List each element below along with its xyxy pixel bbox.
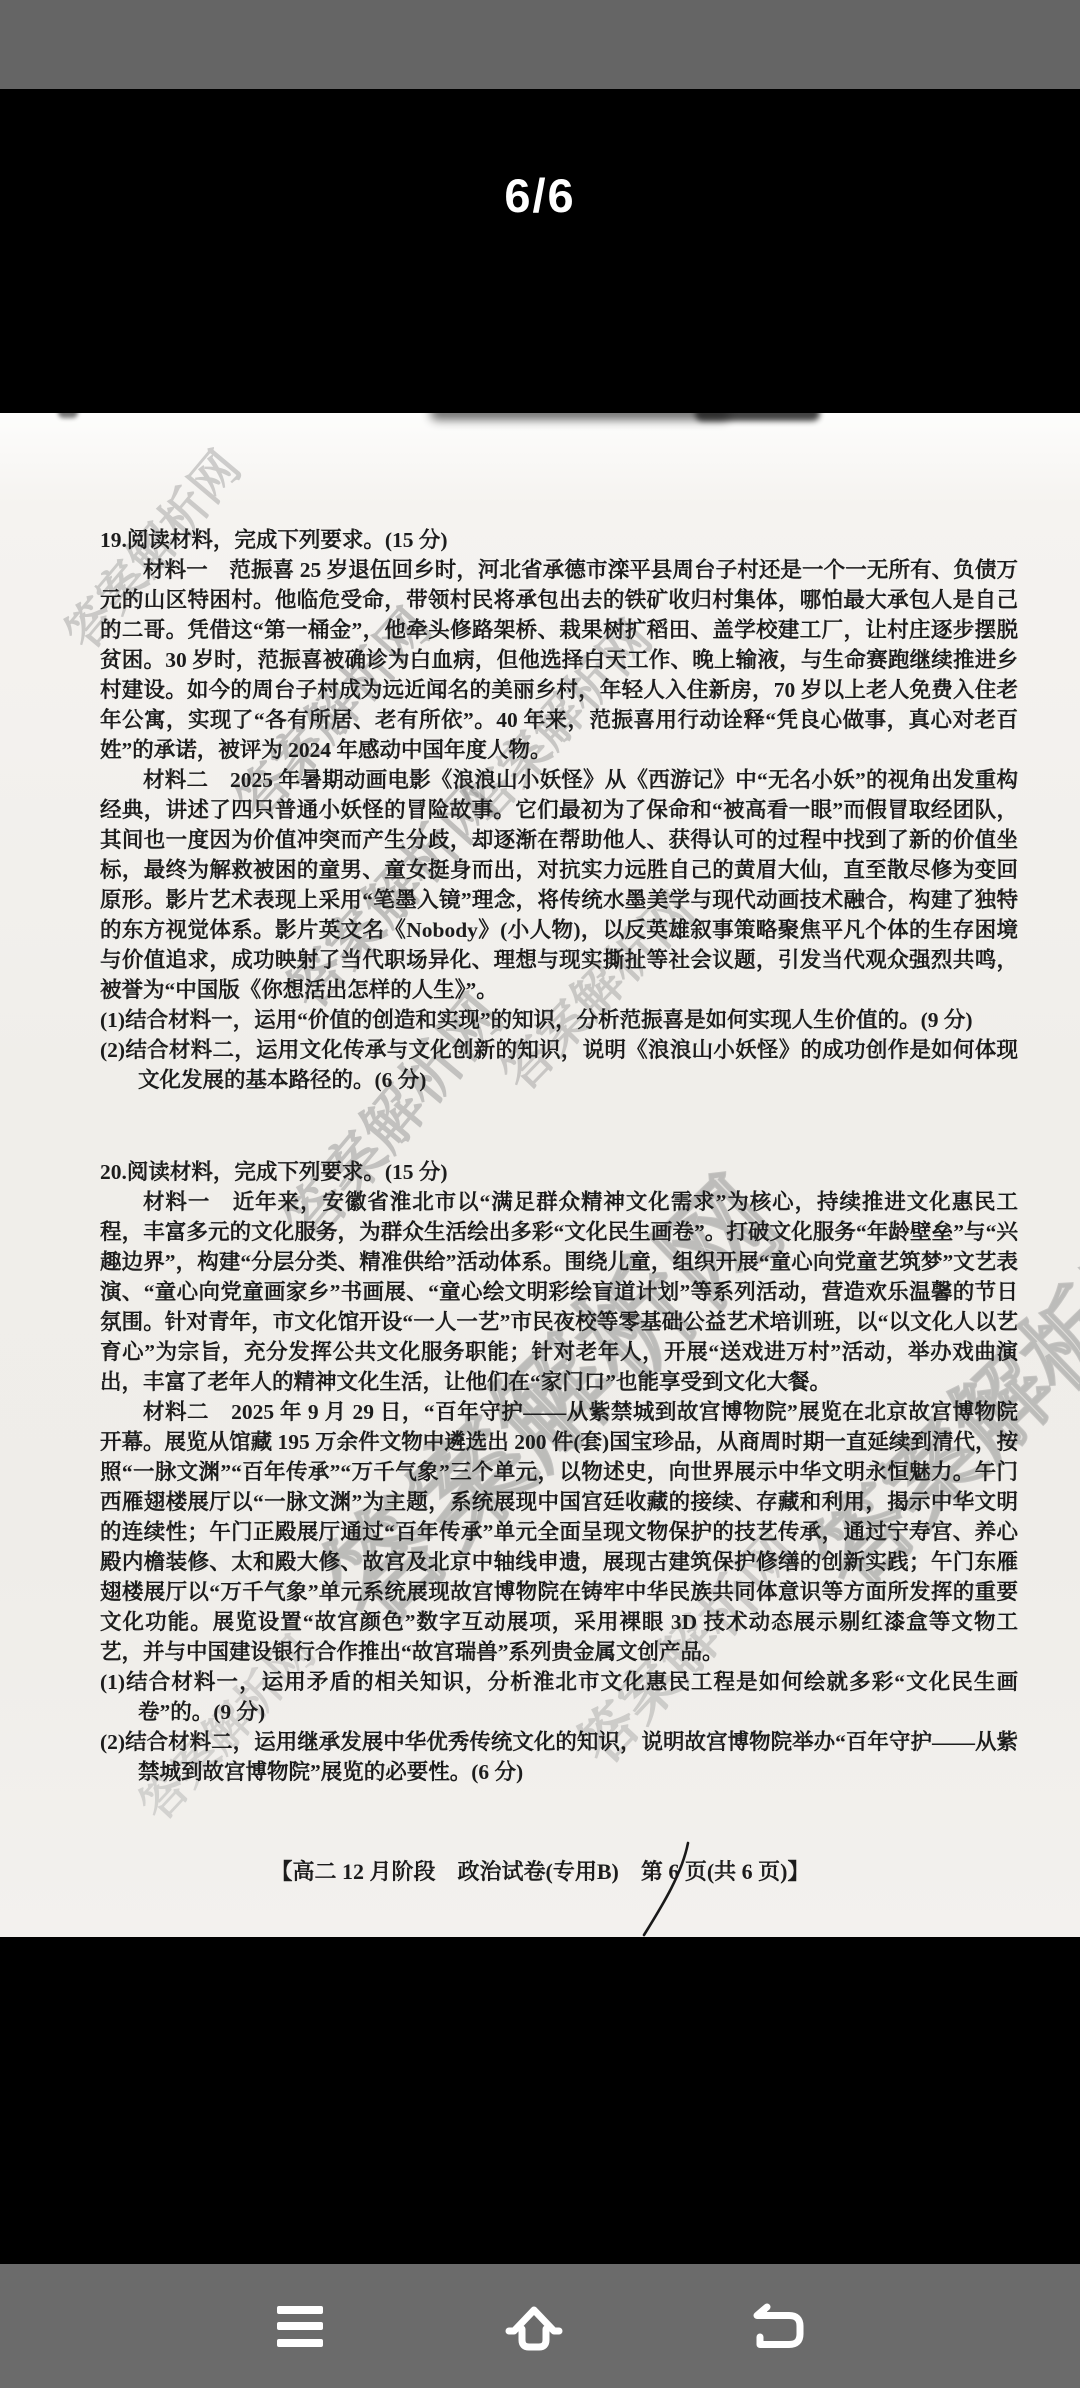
question-19-header: 19.阅读材料，完成下列要求。(15 分): [100, 525, 1018, 555]
status-bar: [0, 0, 1080, 89]
paper-page-footer: 【高二 12 月阶段 政治试卷(专用B) 第 6 页(共 6 页)】: [0, 1855, 1080, 1886]
menu-icon: [277, 2306, 323, 2347]
question-20-material-1: 材料一 近年来，安徽省淮北市以“满足群众精神文化需求”为核心，持续推进文化惠民工…: [100, 1187, 1018, 1397]
exam-content: 19.阅读材料，完成下列要求。(15 分) 材料一 范振喜 25 岁退伍回乡时，…: [100, 525, 1018, 1787]
back-icon: [752, 2299, 808, 2353]
question-20-sub-2: (2)结合材料二，运用继承发展中华优秀传统文化的知识，说明故宫博物院举办“百年守…: [100, 1727, 1018, 1787]
question-19-material-2: 材料二 2025 年暑期动画电影《浪浪山小妖怪》从《西游记》中“无名小妖”的视角…: [100, 765, 1018, 1005]
scan-edge-smudge: [695, 413, 820, 421]
question-19-material-1: 材料一 范振喜 25 岁退伍回乡时，河北省承德市滦平县周台子村还是一个一无所有、…: [100, 555, 1018, 765]
home-button[interactable]: [479, 2264, 589, 2388]
question-19: 19.阅读材料，完成下列要求。(15 分) 材料一 范振喜 25 岁退伍回乡时，…: [100, 525, 1018, 1095]
question-19-sub-1: (1)结合材料一，运用“价值的创造和实现”的知识，分析范振喜是如何实现人生价值的…: [100, 1005, 1018, 1035]
scan-edge-smudge: [58, 413, 78, 418]
navigation-bar: [0, 2264, 1080, 2388]
question-20: 20.阅读材料，完成下列要求。(15 分) 材料一 近年来，安徽省淮北市以“满足…: [100, 1157, 1018, 1787]
question-20-material-2: 材料二 2025 年 9 月 29 日，“百年守护——从紫禁城到故宫博物院”展览…: [100, 1397, 1018, 1667]
page-indicator: 6/6: [0, 168, 1080, 223]
pen-stroke-mark: [600, 1841, 720, 1937]
menu-button[interactable]: [245, 2264, 355, 2388]
question-20-header: 20.阅读材料，完成下列要求。(15 分): [100, 1157, 1018, 1187]
screenshot-root: 6/6 答案解析网 答案解析网 答案解析网 答案解析网 答案解析网 答案解析网 …: [0, 0, 1080, 2388]
exam-paper-image[interactable]: 答案解析网 答案解析网 答案解析网 答案解析网 答案解析网 答案解析网 答案解析…: [0, 413, 1080, 1937]
question-19-sub-2: (2)结合材料二，运用文化传承与文化创新的知识，说明《浪浪山小妖怪》的成功创作是…: [100, 1035, 1018, 1095]
home-icon: [503, 2298, 565, 2354]
question-20-sub-1: (1)结合材料一，运用矛盾的相关知识，分析淮北市文化惠民工程是如何绘就多彩“文化…: [100, 1667, 1018, 1727]
back-button[interactable]: [725, 2264, 835, 2388]
scan-edge-smudge: [430, 413, 730, 420]
